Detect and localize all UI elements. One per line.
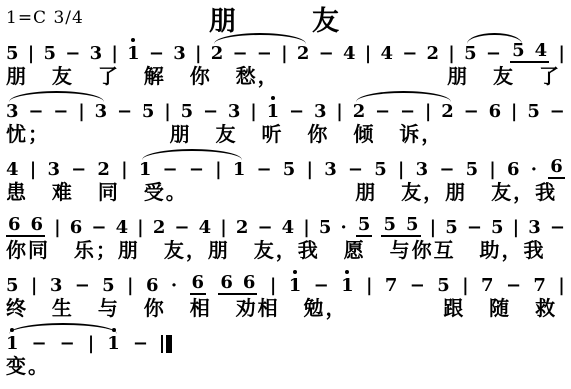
final-bar-thin — [161, 335, 163, 353]
barline: | — [127, 276, 134, 295]
barline: | — [511, 102, 518, 121]
note: 2 — [297, 44, 310, 63]
octave-dot — [293, 270, 297, 274]
note: 5 — [374, 160, 387, 179]
barline: | — [398, 160, 405, 179]
dash: − — [402, 44, 417, 63]
barline: | — [88, 334, 95, 353]
dash: − — [203, 102, 218, 121]
lyrics-line: 你同 乐；朋 友，朋 友，我 愿 与你互 助，我 愿 — [4, 237, 567, 265]
note: 5 — [283, 160, 296, 179]
final-bar-thick — [166, 335, 172, 353]
note: 1 — [6, 334, 19, 353]
note: 6 — [507, 160, 520, 179]
barline: | — [137, 218, 144, 237]
note: 5 — [102, 276, 115, 295]
note: 6 — [243, 273, 256, 292]
dash: − — [467, 218, 482, 237]
lyrics-line: 患 难 同 受。 朋 友，朋 友，我 愿 与 — [4, 179, 567, 207]
note: 5 — [512, 41, 525, 60]
dash: − — [174, 218, 189, 237]
note: 5 — [6, 276, 19, 295]
dash: − — [91, 218, 106, 237]
music-line: 1−−|1− — [4, 323, 204, 353]
note: 4 — [380, 44, 393, 63]
score-header: 1=C 3/4 朋友 — [4, 2, 567, 33]
barline: | — [164, 102, 171, 121]
barline: | — [513, 218, 520, 237]
note: 4 — [6, 160, 19, 179]
note: 3 — [173, 44, 186, 63]
note: 6 — [220, 273, 233, 292]
barline: | — [336, 102, 343, 121]
music-line: 66|6−4|2−4|2−4|5·555|5−5|3− — [4, 207, 567, 237]
dot-after-note: · — [171, 276, 177, 295]
note: 6 — [70, 218, 83, 237]
note: 3 — [324, 160, 337, 179]
note: 2 — [236, 218, 249, 237]
music-line: 5|3−5|6·666|1−1|7−5|7−7| — [4, 265, 567, 295]
note: 2 — [427, 44, 440, 63]
note: 1 — [289, 276, 302, 295]
barline: | — [215, 160, 222, 179]
note: 1 — [127, 44, 140, 63]
note: 7 — [481, 276, 494, 295]
barline: | — [425, 102, 432, 121]
lyrics-line: 忧； 朋 友 听 你 倾 诉， 朋 友 — [4, 121, 567, 149]
barline: | — [111, 44, 118, 63]
note: 4 — [116, 218, 129, 237]
sheet-music-page: 1=C 3/4 朋友 5|5−3|1−3|2−−|2−4|4−2|5−54|朋 … — [0, 0, 571, 389]
dash: − — [149, 44, 164, 63]
dash: − — [314, 276, 329, 295]
barline: | — [54, 218, 61, 237]
underline-group: 5 — [356, 215, 373, 237]
dash: − — [71, 160, 86, 179]
note: 6 — [192, 273, 205, 292]
barline: | — [558, 44, 565, 63]
underline-group: 55 — [381, 215, 420, 237]
dash: − — [163, 160, 178, 179]
note: 4 — [199, 218, 212, 237]
octave-dot — [345, 270, 349, 274]
note: 1 — [341, 276, 354, 295]
dash: − — [375, 102, 390, 121]
barline: | — [121, 160, 128, 179]
underline-group: 66 — [218, 273, 257, 295]
note: 2 — [153, 218, 166, 237]
note: 5 — [44, 44, 57, 63]
barline: | — [78, 102, 85, 121]
barline: | — [30, 160, 37, 179]
note: 5 — [464, 44, 477, 63]
note: 7 — [533, 276, 546, 295]
dash: − — [486, 44, 501, 63]
underline-group: 6 — [548, 157, 565, 179]
dot-after-note: · — [531, 160, 537, 179]
note: 3 — [95, 102, 108, 121]
dash: − — [133, 334, 148, 353]
barline: | — [281, 44, 288, 63]
note: 2 — [97, 160, 110, 179]
barline: | — [303, 218, 310, 237]
note: 7 — [385, 276, 398, 295]
dash: − — [348, 160, 363, 179]
note: 2 — [211, 44, 224, 63]
barline: | — [365, 44, 372, 63]
note: 3 — [314, 102, 327, 121]
note: 5 — [383, 215, 396, 234]
note: 1 — [267, 102, 280, 121]
dash: − — [75, 276, 90, 295]
dash: − — [410, 276, 425, 295]
note: 4 — [535, 41, 548, 60]
barline: | — [462, 276, 469, 295]
note: 5 — [319, 218, 332, 237]
dash: − — [53, 102, 68, 121]
underline-group: 54 — [510, 41, 549, 63]
note: 1 — [233, 160, 246, 179]
dot-after-note: · — [340, 218, 346, 237]
note: 2 — [353, 102, 366, 121]
note: 3 — [50, 276, 63, 295]
barline: | — [366, 276, 373, 295]
barline: | — [448, 44, 455, 63]
key-and-meter: 1=C 3/4 — [6, 8, 84, 28]
dash: − — [65, 44, 80, 63]
octave-dot — [131, 38, 135, 42]
note: 3 — [528, 218, 541, 237]
note: 3 — [416, 160, 429, 179]
barline: | — [306, 160, 313, 179]
note: 5 — [406, 215, 419, 234]
note: 6 — [8, 215, 21, 234]
note: 5 — [181, 102, 194, 121]
note: 1 — [107, 334, 120, 353]
note: 6 — [31, 215, 44, 234]
music-line: 4|3−2|1−−|1−5|3−5|3−5|6·6 — [4, 149, 567, 179]
barline: | — [195, 44, 202, 63]
barline: | — [430, 218, 437, 237]
note: 3 — [6, 102, 19, 121]
music-line: 3−−|3−5|5−3|1−3|2−−|2−6|5− — [4, 91, 567, 121]
dash: − — [550, 218, 565, 237]
note: 4 — [343, 44, 356, 63]
note: 5 — [6, 44, 19, 63]
note: 5 — [527, 102, 540, 121]
dash: − — [60, 334, 75, 353]
octave-dot — [10, 328, 14, 332]
barline: | — [270, 276, 277, 295]
dash: − — [400, 102, 415, 121]
barline: | — [489, 160, 496, 179]
dash: − — [439, 160, 454, 179]
note: 2 — [441, 102, 454, 121]
note: 6 — [146, 276, 159, 295]
dash: − — [232, 44, 247, 63]
barline: | — [28, 44, 35, 63]
note: 3 — [228, 102, 241, 121]
barline: | — [31, 276, 38, 295]
note: 5 — [491, 218, 504, 237]
dash: − — [319, 44, 334, 63]
note: 6 — [489, 102, 502, 121]
note: 4 — [282, 218, 295, 237]
note: 5 — [445, 218, 458, 237]
dash: − — [257, 44, 272, 63]
dash: − — [117, 102, 132, 121]
barline: | — [250, 102, 257, 121]
dash: − — [32, 334, 47, 353]
dash: − — [289, 102, 304, 121]
lyrics-line: 朋 友 了 解 你 愁， 朋 友 了 解 你 — [4, 63, 567, 91]
dash: − — [28, 102, 43, 121]
note: 3 — [47, 160, 60, 179]
note: 5 — [466, 160, 479, 179]
note: 5 — [437, 276, 450, 295]
note: 5 — [142, 102, 155, 121]
music-line: 5|5−3|1−3|2−−|2−4|4−2|5−54| — [4, 33, 567, 63]
dash: − — [550, 102, 565, 121]
dash: − — [257, 218, 272, 237]
octave-dot — [112, 328, 116, 332]
underline-group: 6 — [190, 273, 207, 295]
note: 3 — [90, 44, 103, 63]
dash: − — [189, 160, 204, 179]
score-lines: 5|5−3|1−3|2−−|2−4|4−2|5−54|朋 友 了 解 你 愁， … — [4, 33, 567, 381]
dash: − — [506, 276, 521, 295]
dash: − — [464, 102, 479, 121]
final-barline — [161, 335, 172, 353]
barline: | — [558, 276, 565, 295]
note: 1 — [139, 160, 152, 179]
lyrics-line: 变。 — [4, 353, 567, 381]
dash: − — [257, 160, 272, 179]
barline: | — [220, 218, 227, 237]
octave-dot — [271, 96, 275, 100]
underline-group: 66 — [6, 215, 45, 237]
lyrics-line: 终 生 与 你 相 劝相 勉， 跟 随 救 主 不 — [4, 295, 567, 323]
note: 5 — [358, 215, 371, 234]
note: 6 — [550, 157, 563, 176]
